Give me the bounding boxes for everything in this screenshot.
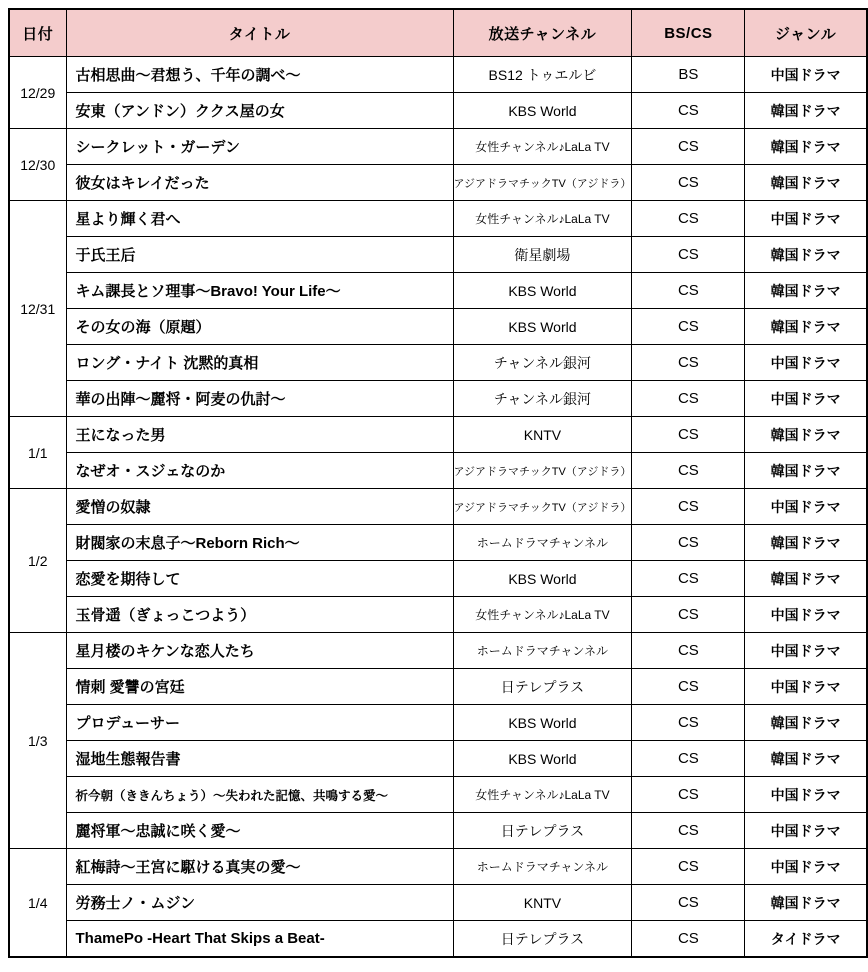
title-cell: その女の海（原題） xyxy=(66,309,453,345)
table-row: 湿地生態報告書KBS WorldCS韓国ドラマ xyxy=(9,741,867,777)
table-row: 1/1王になった男KNTVCS韓国ドラマ xyxy=(9,417,867,453)
channel-cell: 女性チャンネル♪LaLa TV xyxy=(453,777,632,813)
title-cell: キム課長とソ理事〜Bravo! Your Life〜 xyxy=(66,273,453,309)
table-row: 祈今朝（ききんちょう）〜失われた記憶、共鳴する愛〜女性チャンネル♪LaLa TV… xyxy=(9,777,867,813)
table-row: 1/3星月楼のキケンな恋人たちホームドラマチャンネルCS中国ドラマ xyxy=(9,633,867,669)
channel-cell: ホームドラマチャンネル xyxy=(453,525,632,561)
bscs-cell: CS xyxy=(632,849,745,885)
date-cell: 12/30 xyxy=(9,129,66,201)
genre-cell: 中国ドラマ xyxy=(745,489,867,525)
title-cell: 星月楼のキケンな恋人たち xyxy=(66,633,453,669)
channel-cell: 衛星劇場 xyxy=(453,237,632,273)
genre-cell: 中国ドラマ xyxy=(745,57,867,93)
channel-cell: BS12 トゥエルビ xyxy=(453,57,632,93)
header-row: 日付 タイトル 放送チャンネル BS/CS ジャンル xyxy=(9,9,867,57)
table-row: 麗将軍〜忠誠に咲く愛〜日テレプラスCS中国ドラマ xyxy=(9,813,867,849)
title-cell: 古相思曲〜君想う、千年の調べ〜 xyxy=(66,57,453,93)
channel-cell: チャンネル銀河 xyxy=(453,381,632,417)
table-row: 12/30シークレット・ガーデン女性チャンネル♪LaLa TVCS韓国ドラマ xyxy=(9,129,867,165)
channel-cell: 女性チャンネル♪LaLa TV xyxy=(453,597,632,633)
table-row: 労務士ノ・ムジンKNTVCS韓国ドラマ xyxy=(9,885,867,921)
genre-cell: 韓国ドラマ xyxy=(745,561,867,597)
channel-cell: 日テレプラス xyxy=(453,813,632,849)
date-cell: 12/31 xyxy=(9,201,66,417)
title-cell: 愛憎の奴隷 xyxy=(66,489,453,525)
genre-cell: 韓国ドラマ xyxy=(745,237,867,273)
header-bscs: BS/CS xyxy=(632,9,745,57)
header-date: 日付 xyxy=(9,9,66,57)
date-cell: 1/2 xyxy=(9,489,66,633)
channel-cell: KNTV xyxy=(453,885,632,921)
table-row: その女の海（原題）KBS WorldCS韓国ドラマ xyxy=(9,309,867,345)
date-cell: 12/29 xyxy=(9,57,66,129)
genre-cell: 韓国ドラマ xyxy=(745,705,867,741)
genre-cell: 中国ドラマ xyxy=(745,597,867,633)
title-cell: 情刺 愛讐の宮廷 xyxy=(66,669,453,705)
table-row: 彼女はキレイだったアジアドラマチックTV（アジドラ）CS韓国ドラマ xyxy=(9,165,867,201)
channel-cell: チャンネル銀河 xyxy=(453,345,632,381)
channel-cell: ホームドラマチャンネル xyxy=(453,849,632,885)
genre-cell: 中国ドラマ xyxy=(745,813,867,849)
header-channel: 放送チャンネル xyxy=(453,9,632,57)
genre-cell: 韓国ドラマ xyxy=(745,309,867,345)
channel-cell: KBS World xyxy=(453,705,632,741)
title-cell: 于氏王后 xyxy=(66,237,453,273)
table-header: 日付 タイトル 放送チャンネル BS/CS ジャンル xyxy=(9,9,867,57)
title-cell: 安東（アンドン）ククス屋の女 xyxy=(66,93,453,129)
bscs-cell: CS xyxy=(632,921,745,958)
bscs-cell: CS xyxy=(632,165,745,201)
genre-cell: 中国ドラマ xyxy=(745,777,867,813)
genre-cell: 中国ドラマ xyxy=(745,201,867,237)
title-cell: 麗将軍〜忠誠に咲く愛〜 xyxy=(66,813,453,849)
bscs-cell: CS xyxy=(632,813,745,849)
title-cell: 恋愛を期待して xyxy=(66,561,453,597)
bscs-cell: CS xyxy=(632,741,745,777)
title-cell: 労務士ノ・ムジン xyxy=(66,885,453,921)
title-cell: シークレット・ガーデン xyxy=(66,129,453,165)
genre-cell: 韓国ドラマ xyxy=(745,741,867,777)
channel-cell: 日テレプラス xyxy=(453,669,632,705)
channel-cell: KNTV xyxy=(453,417,632,453)
table-row: ロング・ナイト 沈黙的真相チャンネル銀河CS中国ドラマ xyxy=(9,345,867,381)
bscs-cell: CS xyxy=(632,705,745,741)
bscs-cell: CS xyxy=(632,93,745,129)
channel-cell: アジアドラマチックTV（アジドラ） xyxy=(453,453,632,489)
title-cell: 祈今朝（ききんちょう）〜失われた記憶、共鳴する愛〜 xyxy=(66,777,453,813)
title-cell: 玉骨遥（ぎょっこつよう） xyxy=(66,597,453,633)
bscs-cell: CS xyxy=(632,597,745,633)
title-cell: ThamePo -Heart That Skips a Beat- xyxy=(66,921,453,958)
channel-cell: ホームドラマチャンネル xyxy=(453,633,632,669)
table-row: キム課長とソ理事〜Bravo! Your Life〜KBS WorldCS韓国ド… xyxy=(9,273,867,309)
table-row: 12/29古相思曲〜君想う、千年の調べ〜BS12 トゥエルビBS中国ドラマ xyxy=(9,57,867,93)
genre-cell: 中国ドラマ xyxy=(745,633,867,669)
bscs-cell: CS xyxy=(632,489,745,525)
channel-cell: 女性チャンネル♪LaLa TV xyxy=(453,201,632,237)
genre-cell: 中国ドラマ xyxy=(745,669,867,705)
genre-cell: 韓国ドラマ xyxy=(745,129,867,165)
bscs-cell: CS xyxy=(632,237,745,273)
genre-cell: 韓国ドラマ xyxy=(745,417,867,453)
bscs-cell: CS xyxy=(632,453,745,489)
channel-cell: 女性チャンネル♪LaLa TV xyxy=(453,129,632,165)
bscs-cell: CS xyxy=(632,525,745,561)
bscs-cell: CS xyxy=(632,669,745,705)
table-row: 12/31星より輝く君へ女性チャンネル♪LaLa TVCS中国ドラマ xyxy=(9,201,867,237)
table-row: 于氏王后衛星劇場CS韓国ドラマ xyxy=(9,237,867,273)
title-cell: 彼女はキレイだった xyxy=(66,165,453,201)
bscs-cell: BS xyxy=(632,57,745,93)
date-cell: 1/1 xyxy=(9,417,66,489)
table-row: 情刺 愛讐の宮廷日テレプラスCS中国ドラマ xyxy=(9,669,867,705)
channel-cell: KBS World xyxy=(453,561,632,597)
date-cell: 1/3 xyxy=(9,633,66,849)
channel-cell: 日テレプラス xyxy=(453,921,632,958)
table-row: 1/4紅梅詩〜王宮に駆ける真実の愛〜ホームドラマチャンネルCS中国ドラマ xyxy=(9,849,867,885)
table-body: 12/29古相思曲〜君想う、千年の調べ〜BS12 トゥエルビBS中国ドラマ安東（… xyxy=(9,57,867,958)
table-row: 財閥家の末息子〜Reborn Rich〜ホームドラマチャンネルCS韓国ドラマ xyxy=(9,525,867,561)
genre-cell: タイドラマ xyxy=(745,921,867,958)
genre-cell: 韓国ドラマ xyxy=(745,453,867,489)
genre-cell: 韓国ドラマ xyxy=(745,273,867,309)
title-cell: ロング・ナイト 沈黙的真相 xyxy=(66,345,453,381)
table-row: 1/2愛憎の奴隷アジアドラマチックTV（アジドラ）CS中国ドラマ xyxy=(9,489,867,525)
bscs-cell: CS xyxy=(632,129,745,165)
genre-cell: 中国ドラマ xyxy=(745,345,867,381)
title-cell: 星より輝く君へ xyxy=(66,201,453,237)
channel-cell: KBS World xyxy=(453,273,632,309)
table-row: 恋愛を期待してKBS WorldCS韓国ドラマ xyxy=(9,561,867,597)
title-cell: なぜオ・スジェなのか xyxy=(66,453,453,489)
bscs-cell: CS xyxy=(632,345,745,381)
title-cell: 紅梅詩〜王宮に駆ける真実の愛〜 xyxy=(66,849,453,885)
genre-cell: 韓国ドラマ xyxy=(745,885,867,921)
table-row: 玉骨遥（ぎょっこつよう）女性チャンネル♪LaLa TVCS中国ドラマ xyxy=(9,597,867,633)
bscs-cell: CS xyxy=(632,561,745,597)
channel-cell: KBS World xyxy=(453,93,632,129)
bscs-cell: CS xyxy=(632,777,745,813)
bscs-cell: CS xyxy=(632,885,745,921)
bscs-cell: CS xyxy=(632,201,745,237)
bscs-cell: CS xyxy=(632,633,745,669)
channel-cell: KBS World xyxy=(453,309,632,345)
header-genre: ジャンル xyxy=(745,9,867,57)
genre-cell: 韓国ドラマ xyxy=(745,93,867,129)
title-cell: 湿地生態報告書 xyxy=(66,741,453,777)
channel-cell: アジアドラマチックTV（アジドラ） xyxy=(453,165,632,201)
title-cell: 財閥家の末息子〜Reborn Rich〜 xyxy=(66,525,453,561)
header-title: タイトル xyxy=(66,9,453,57)
bscs-cell: CS xyxy=(632,381,745,417)
table-row: 安東（アンドン）ククス屋の女KBS WorldCS韓国ドラマ xyxy=(9,93,867,129)
table-row: ThamePo -Heart That Skips a Beat-日テレプラスC… xyxy=(9,921,867,958)
bscs-cell: CS xyxy=(632,273,745,309)
channel-cell: KBS World xyxy=(453,741,632,777)
table-row: プロデューサーKBS WorldCS韓国ドラマ xyxy=(9,705,867,741)
table-row: 華の出陣〜麗将・阿麦の仇討〜チャンネル銀河CS中国ドラマ xyxy=(9,381,867,417)
table-row: なぜオ・スジェなのかアジアドラマチックTV（アジドラ）CS韓国ドラマ xyxy=(9,453,867,489)
title-cell: プロデューサー xyxy=(66,705,453,741)
genre-cell: 韓国ドラマ xyxy=(745,165,867,201)
genre-cell: 中国ドラマ xyxy=(745,381,867,417)
title-cell: 王になった男 xyxy=(66,417,453,453)
drama-schedule-table: 日付 タイトル 放送チャンネル BS/CS ジャンル 12/29古相思曲〜君想う… xyxy=(8,8,868,958)
genre-cell: 韓国ドラマ xyxy=(745,525,867,561)
genre-cell: 中国ドラマ xyxy=(745,849,867,885)
bscs-cell: CS xyxy=(632,309,745,345)
title-cell: 華の出陣〜麗将・阿麦の仇討〜 xyxy=(66,381,453,417)
date-cell: 1/4 xyxy=(9,849,66,958)
bscs-cell: CS xyxy=(632,417,745,453)
channel-cell: アジアドラマチックTV（アジドラ） xyxy=(453,489,632,525)
